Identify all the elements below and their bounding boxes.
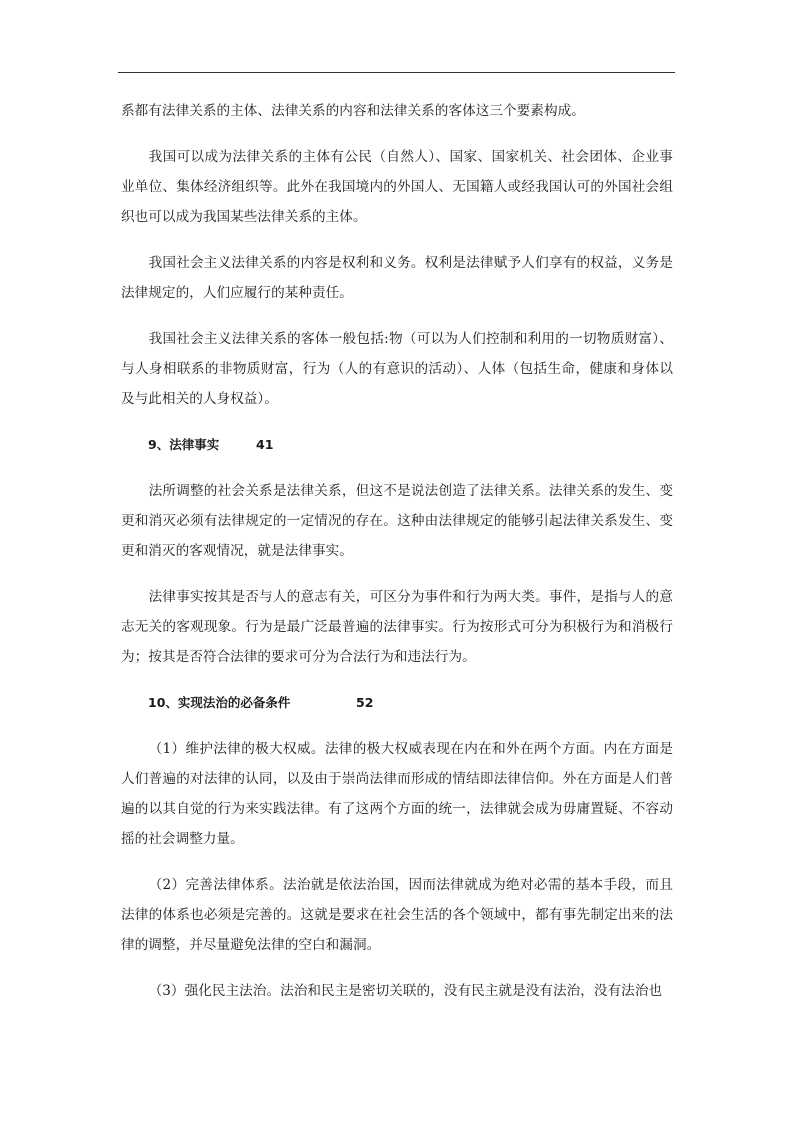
document-body: 系都有法律关系的主体、法律关系的内容和法律关系的客体这三个要素构成。 我国可以成… xyxy=(121,96,673,1006)
paragraph: 我国社会主义法律关系的客体一般包括:物（可以为人们控制和利用的一切物质财富）、与… xyxy=(121,324,673,414)
section-heading-10: 10、实现法治的必备条件 52 xyxy=(121,688,673,718)
paragraph: 我国社会主义法律关系的内容是权利和义务。权利是法律赋予人们享有的权益，义务是法律… xyxy=(121,248,673,308)
paragraph: （3）强化民主法治。法治和民主是密切关联的，没有民主就是没有法治，没有法治也 xyxy=(121,976,673,1006)
page-reference: 52 xyxy=(356,688,373,718)
section-heading-9: 9、法律事实 41 xyxy=(121,430,673,460)
paragraph: （1）维护法律的极大权威。法律的极大权威表现在内在和外在两个方面。内在方面是人们… xyxy=(121,734,673,854)
section-title: 10、实现法治的必备条件 xyxy=(148,688,356,718)
paragraph: 法所调整的社会关系是法律关系，但这不是说法创造了法律关系。法律关系的发生、变更和… xyxy=(121,476,673,566)
paragraph: （2）完善法律体系。法治就是依法治国，因而法律就成为绝对必需的基本手段，而且法律… xyxy=(121,870,673,960)
header-rule xyxy=(118,72,675,73)
paragraph: 我国可以成为法律关系的主体有公民（自然人）、国家、国家机关、社会团体、企业事业单… xyxy=(121,142,673,232)
paragraph: 法律事实按其是否与人的意志有关，可区分为事件和行为两大类。事件，是指与人的意志无… xyxy=(121,582,673,672)
page-reference: 41 xyxy=(256,430,273,460)
paragraph: 系都有法律关系的主体、法律关系的内容和法律关系的客体这三个要素构成。 xyxy=(121,96,673,126)
section-title: 9、法律事实 xyxy=(148,430,256,460)
